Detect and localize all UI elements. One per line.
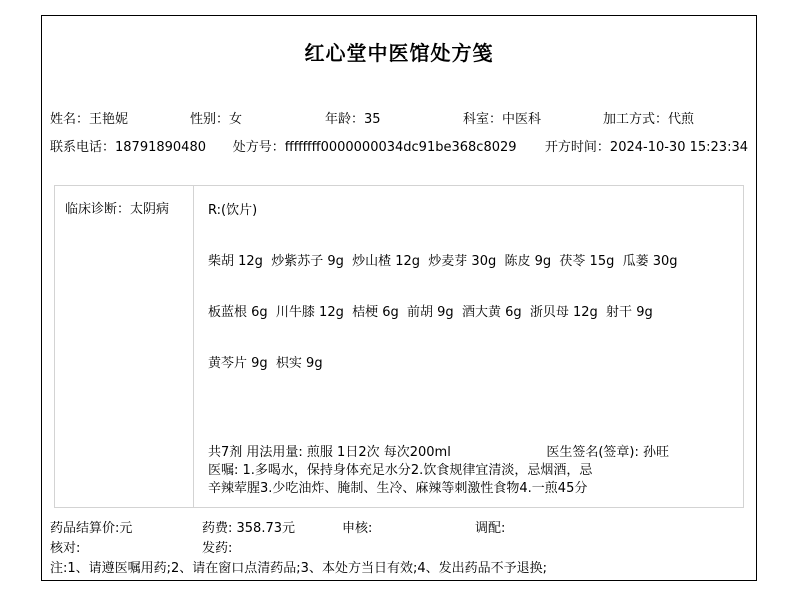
usage-row: 共7剂 用法用量: 煎服 1日2次 每次200ml 医生签名(签章): 孙旺 — [208, 444, 729, 461]
medicine-fee-field: 药费: 358.73元 — [202, 519, 342, 539]
patient-name-field: 姓名：王艳妮 — [50, 108, 190, 127]
issue-time-field: 开方时间：2024-10-30 15:23:34 — [545, 136, 748, 155]
phone-value: 18791890480 — [115, 140, 206, 155]
footer-row-2: 核对: 发药: — [50, 539, 748, 559]
check-field: 核对: — [50, 539, 202, 559]
department-field: 科室：中医科 — [463, 108, 603, 127]
herb-line-3: 黄芩片 9g 枳实 9g — [208, 352, 729, 371]
rx-spacer — [208, 371, 729, 444]
department-value: 中医科 — [502, 112, 541, 127]
patient-age-value: 35 — [364, 112, 381, 127]
review-field: 申核: — [342, 519, 475, 539]
doctor-advice-line-2: 辛辣荤腥3.少吃油炸、腌制、生冷、麻辣等刺激性食物4.一煎45分 — [208, 480, 729, 497]
issue-medicine-field: 发药: — [202, 539, 342, 559]
dispense-prepare-field: 调配: — [475, 519, 748, 539]
patient-gender-label: 性别： — [190, 112, 229, 127]
diagnosis-value: 太阴病 — [130, 202, 169, 217]
issue-time-label: 开方时间： — [545, 140, 610, 155]
rx-cell: R:(饮片) 柴胡 12g 炒紫苏子 9g 炒山楂 12g 炒麦芽 30g 陈皮… — [194, 186, 743, 507]
prescription-title: 红心堂中医馆处方笺 — [42, 37, 756, 66]
patient-info-row-1: 姓名：王艳妮 性别：女 年龄：35 科室：中医科 加工方式：代煎 — [50, 108, 748, 127]
patient-name-label: 姓名： — [50, 112, 89, 127]
footer-note: 注:1、请遵医嘱用药;2、请在窗口点清药品;3、本处方当日有效;4、发出药品不予… — [50, 559, 748, 579]
patient-gender-value: 女 — [229, 112, 242, 127]
prescription-number-value: ffffffff0000000034dc91be368c8029 — [285, 140, 517, 155]
settlement-price-field: 药品结算价:元 — [50, 519, 202, 539]
prescription-sheet: 红心堂中医馆处方笺 姓名：王艳妮 性别：女 年龄：35 科室：中医科 加工方式：… — [41, 15, 757, 581]
processing-method-field: 加工方式：代煎 — [603, 108, 748, 127]
footer: 药品结算价:元 药费: 358.73元 申核: 调配: 核对: 发药: 注:1、… — [50, 519, 748, 579]
herb-line-2: 板蓝根 6g 川牛膝 12g 桔梗 6g 前胡 9g 酒大黄 6g 浙贝母 12… — [208, 301, 729, 320]
footer-row-1: 药品结算价:元 药费: 358.73元 申核: 调配: — [50, 519, 748, 539]
diagnosis-label: 临床诊断： — [65, 202, 130, 217]
prescription-number-field: 处方号：ffffffff0000000034dc91be368c8029 — [233, 136, 545, 155]
doctor-signature: 医生签名(签章): 孙旺 — [546, 444, 669, 461]
herb-line-1: 柴胡 12g 炒紫苏子 9g 炒山楂 12g 炒麦芽 30g 陈皮 9g 茯苓 … — [208, 250, 729, 269]
phone-label: 联系电话： — [50, 140, 115, 155]
doctor-advice-line-1: 医嘱: 1.多喝水，保持身体充足水分2.饮食规律宜清淡，忌烟酒，忌 — [208, 462, 729, 479]
prescription-body: 临床诊断：太阴病 R:(饮片) 柴胡 12g 炒紫苏子 9g 炒山楂 12g 炒… — [54, 185, 744, 508]
issue-time-value: 2024-10-30 15:23:34 — [610, 140, 748, 155]
rx-header: R:(饮片) — [208, 199, 729, 218]
processing-method-value: 代煎 — [668, 112, 694, 127]
processing-method-label: 加工方式： — [603, 112, 668, 127]
patient-age-label: 年龄： — [325, 112, 364, 127]
patient-name-value: 王艳妮 — [89, 112, 128, 127]
prescription-number-label: 处方号： — [233, 140, 285, 155]
patient-age-field: 年龄：35 — [325, 108, 463, 127]
department-label: 科室： — [463, 112, 502, 127]
usage-text: 共7剂 用法用量: 煎服 1日2次 每次200ml — [208, 444, 451, 461]
patient-info-row-2: 联系电话：18791890480 处方号：ffffffff0000000034d… — [50, 136, 748, 155]
patient-gender-field: 性别：女 — [190, 108, 325, 127]
diagnosis-cell: 临床诊断：太阴病 — [55, 186, 194, 507]
phone-field: 联系电话：18791890480 — [50, 136, 233, 155]
